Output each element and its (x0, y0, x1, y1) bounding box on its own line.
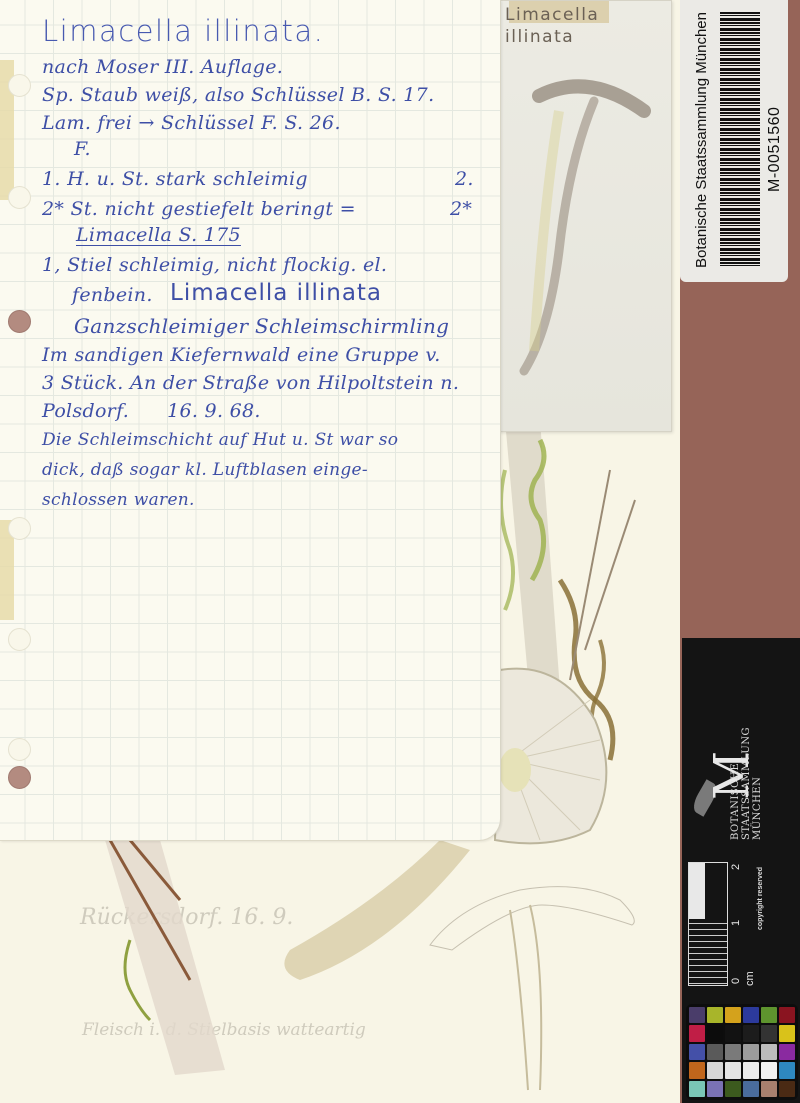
color-patch (707, 1081, 723, 1097)
color-patch (689, 1044, 705, 1060)
color-patch (743, 1025, 759, 1041)
color-patch (779, 1025, 795, 1041)
punch-hole (8, 517, 31, 540)
scale-tick-0: 0 (730, 978, 742, 984)
copyright-notice: copyright reserved (757, 867, 764, 930)
color-patch (779, 1081, 795, 1097)
color-patch (761, 1081, 777, 1097)
scale-tick-2: 2 (730, 864, 742, 870)
scale-bar (688, 862, 728, 986)
color-patch (743, 1044, 759, 1060)
notecard-common-name: Ganzschleimiger Schleimschirmling (74, 314, 449, 338)
spore-print-tissue: Limacella illinata (498, 0, 672, 432)
color-patch (689, 1062, 705, 1078)
key-reference: 2* (450, 198, 472, 220)
notecard-line: Die Schleimschicht auf Hut u. St war so (42, 430, 398, 450)
punch-hole (8, 766, 31, 789)
punch-hole (8, 186, 31, 209)
notecard-line: schlossen waren. (42, 490, 195, 510)
color-patch (725, 1025, 741, 1041)
color-patch (743, 1081, 759, 1097)
institution-logo-text: BOTANISCHE STAATSSAMMLUNG MÜNCHEN (730, 727, 763, 840)
color-patch (743, 1007, 759, 1023)
color-patch (725, 1044, 741, 1060)
notecard-line: 3 Stück. An der Straße von Hilpoltstein … (42, 372, 459, 394)
color-calibration-chart (686, 1004, 798, 1100)
color-patch (725, 1081, 741, 1097)
notecard-line: dick, daß sogar kl. Luftblasen einge- (42, 460, 368, 480)
logo-line: STAATSSAMMLUNG (741, 727, 752, 840)
notecard-line: Im sandigen Kiefernwald eine Gruppe v. (42, 344, 441, 366)
notecard-line: fenbein. (72, 284, 153, 306)
color-patch (761, 1062, 777, 1078)
notecard-line: nach Moser III. Auflage. (42, 56, 283, 78)
color-patch (761, 1007, 777, 1023)
color-patch (707, 1062, 723, 1078)
scale-segment (689, 863, 705, 919)
notecard-species-name: Limacella illinata (170, 280, 382, 306)
catalog-number: M-0051560 (766, 107, 784, 192)
color-patch (707, 1044, 723, 1060)
color-patch (725, 1007, 741, 1023)
punch-hole (8, 738, 31, 761)
notecard-line: 1, Stiel schleimig, nicht flockig. el. (42, 254, 387, 276)
notecard-line: Sp. Staub weiß, also Schlüssel B. S. 17. (42, 84, 434, 106)
color-patch (743, 1062, 759, 1078)
color-patch (689, 1025, 705, 1041)
notecard-line: Limacella S. 175 (76, 224, 241, 246)
color-patch (689, 1007, 705, 1023)
punch-hole (8, 628, 31, 651)
scale-tick-1: 1 (730, 920, 742, 926)
barcode-institution: Botanische Staatssammlung München (693, 12, 710, 268)
spore-print-image (499, 1, 671, 431)
key-reference: 2. (455, 168, 474, 190)
punch-hole (8, 74, 31, 97)
notecard-line: F. (74, 138, 91, 160)
notecard-line: 1. H. u. St. stark schleimig (42, 168, 308, 190)
color-patch (761, 1025, 777, 1041)
punch-hole (8, 310, 31, 333)
scale-unit: cm (744, 971, 756, 986)
color-patch (779, 1062, 795, 1078)
notecard-title: Limacella illinata. (42, 14, 324, 48)
color-patch (707, 1007, 723, 1023)
color-patch (725, 1062, 741, 1078)
logo-line: MÜNCHEN (752, 727, 763, 840)
barcode (720, 12, 760, 266)
color-patch (761, 1044, 777, 1060)
color-patch (689, 1081, 705, 1097)
logo-line: BOTANISCHE (730, 727, 741, 840)
notecard-line: 2* St. nicht gestiefelt beringt = (42, 198, 356, 220)
color-patch (779, 1007, 795, 1023)
scale-ticks (689, 923, 727, 985)
color-patch (707, 1025, 723, 1041)
notecard-date-line: Polsdorf. 16. 9. 68. (42, 400, 261, 422)
color-patch (779, 1044, 795, 1060)
notecard-line: Lam. frei → Schlüssel F. S. 26. (42, 112, 341, 134)
